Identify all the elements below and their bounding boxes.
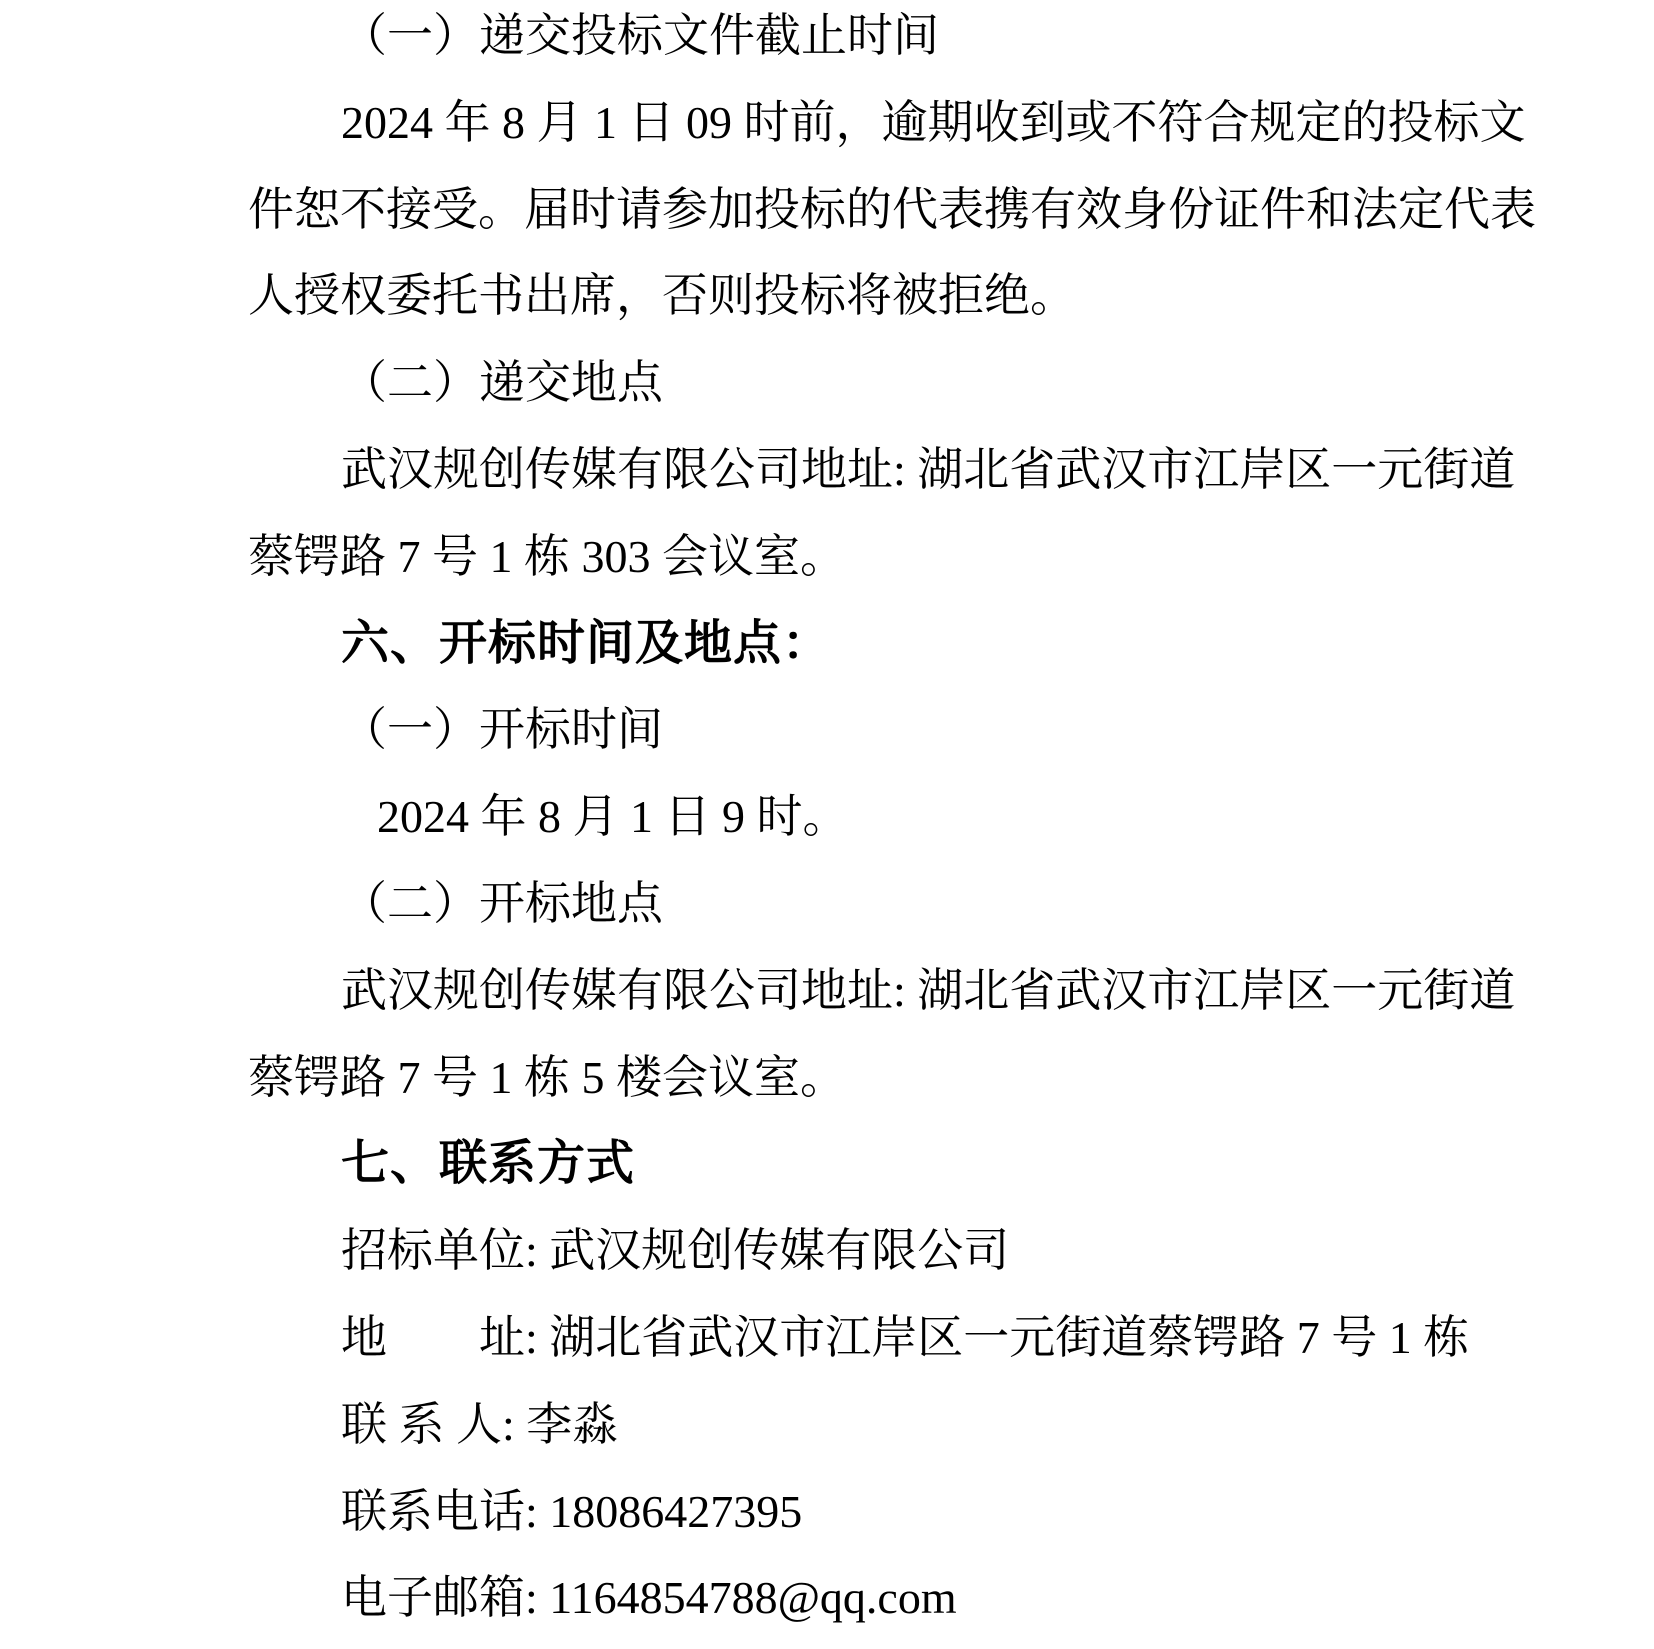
paragraph-submission-place-line-1: 武汉规创传媒有限公司地址: 湖北省武汉市江岸区一元街道 bbox=[0, 427, 1654, 514]
subheading-opening-place: （二）开标地点 bbox=[0, 861, 1654, 948]
paragraph-submission-deadline-line-2: 件恕不接受。届时请参加投标的代表携有效身份证件和法定代表 bbox=[0, 167, 1654, 254]
subheading-opening-time: （一）开标时间 bbox=[0, 687, 1654, 774]
document-page: （一）递交投标文件截止时间 2024 年 8 月 1 日 09 时前，逾期收到或… bbox=[0, 0, 1654, 1649]
paragraph-opening-place-line-1: 武汉规创传媒有限公司地址: 湖北省武汉市江岸区一元街道 bbox=[0, 948, 1654, 1035]
paragraph-submission-deadline-line-3: 人授权委托书出席，否则投标将被拒绝。 bbox=[0, 253, 1654, 340]
heading-contact-info: 七、联系方式 bbox=[0, 1121, 1654, 1208]
contact-tendering-unit: 招标单位: 武汉规创传媒有限公司 bbox=[0, 1208, 1654, 1295]
paragraph-opening-place-line-2: 蔡锷路 7 号 1 栋 5 楼会议室。 bbox=[0, 1035, 1654, 1122]
subheading-submission-place: （二）递交地点 bbox=[0, 340, 1654, 427]
paragraph-submission-place-line-2: 蔡锷路 7 号 1 栋 303 会议室。 bbox=[0, 514, 1654, 601]
contact-person: 联 系 人: 李淼 bbox=[0, 1382, 1654, 1469]
contact-address: 地 址: 湖北省武汉市江岸区一元街道蔡锷路 7 号 1 栋 bbox=[0, 1295, 1654, 1382]
document-body: （一）递交投标文件截止时间 2024 年 8 月 1 日 09 时前，逾期收到或… bbox=[0, 0, 1654, 1642]
contact-email: 电子邮箱: 1164854788@qq.com bbox=[0, 1555, 1654, 1642]
contact-phone: 联系电话: 18086427395 bbox=[0, 1469, 1654, 1556]
paragraph-opening-time: 2024 年 8 月 1 日 9 时。 bbox=[0, 774, 1654, 861]
heading-bid-opening-time-place: 六、开标时间及地点： bbox=[0, 601, 1654, 688]
paragraph-submission-deadline-line-1: 2024 年 8 月 1 日 09 时前，逾期收到或不符合规定的投标文 bbox=[0, 80, 1654, 167]
subheading-submission-deadline: （一）递交投标文件截止时间 bbox=[0, 0, 1654, 80]
